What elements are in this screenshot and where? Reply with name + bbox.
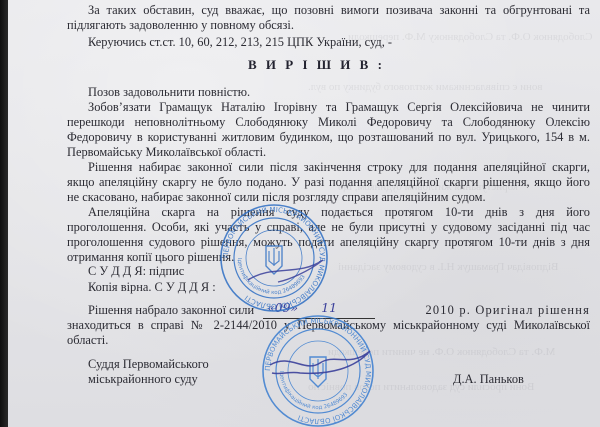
text-line: Рішення набирає законної сили після закі…	[88, 160, 590, 175]
judge-signature-label: С У Д Д Я: підпис	[88, 264, 184, 279]
judge-name: Д.А. Паньков	[453, 372, 524, 387]
text-line: підлягають задоволенню у повному обсязі.	[67, 18, 294, 33]
text-line: Позов задовольнити повністю.	[88, 85, 250, 100]
text-line: За таких обставин, суд вважає, що позовн…	[88, 3, 590, 18]
trident-icon	[266, 246, 282, 274]
text-line: Апеляційна скарга на рішення суду подаєт…	[88, 205, 590, 220]
text-line: області.	[67, 333, 108, 348]
decision-heading: В И Р І Ш И В :	[248, 57, 385, 73]
text-line: Керуючись ст.ст. 10, 60, 212, 213, 215 Ц…	[88, 35, 392, 50]
text-line: Первомайську Миколаївської області.	[67, 145, 266, 160]
court-seal-stamp: ПЕРВОМАЙСЬКИЙ МІСЬКРАЙОННИЙ СУД МИКОЛАЇВ…	[260, 313, 376, 427]
text-line: перешкоди неповнолітньому Слободянюку Ми…	[67, 115, 590, 130]
text-line: отримання копії цього рішення.	[67, 250, 234, 265]
text-segment: 2010 р. Оригінал рішення	[425, 303, 590, 318]
footer-court-line1: Суддя Первомайського	[88, 357, 209, 372]
court-seal-stamp: ПЕРВОМАЙСЬКИЙ МІСЬКРАЙОННИЙ СУД МИКОЛАЇВ…	[218, 202, 330, 314]
text-line: Зобов’язати Грамащук Наталію Ігорівну та…	[88, 100, 590, 115]
text-line: якщо апеляційну скаргу не було подано. У…	[67, 175, 590, 190]
signature-scribble	[270, 351, 370, 374]
footer-court-line2: міськрайонного суду	[88, 372, 198, 387]
bleed-through-text: Відповідач Грамащук Н.І. в судовому засі…	[338, 260, 558, 275]
bleed-through-text: вони є співвласниками житлового будинку …	[308, 80, 543, 95]
document-page: Слободянюк О.Ф. та Слободянюку М.Ф. пере…	[8, 0, 600, 427]
copy-true-label: Копія вірна. С У Д Д Я :	[88, 280, 216, 295]
scan-edge	[0, 0, 8, 427]
text-line: Федоровичу в користуванні житловим будин…	[67, 130, 590, 145]
